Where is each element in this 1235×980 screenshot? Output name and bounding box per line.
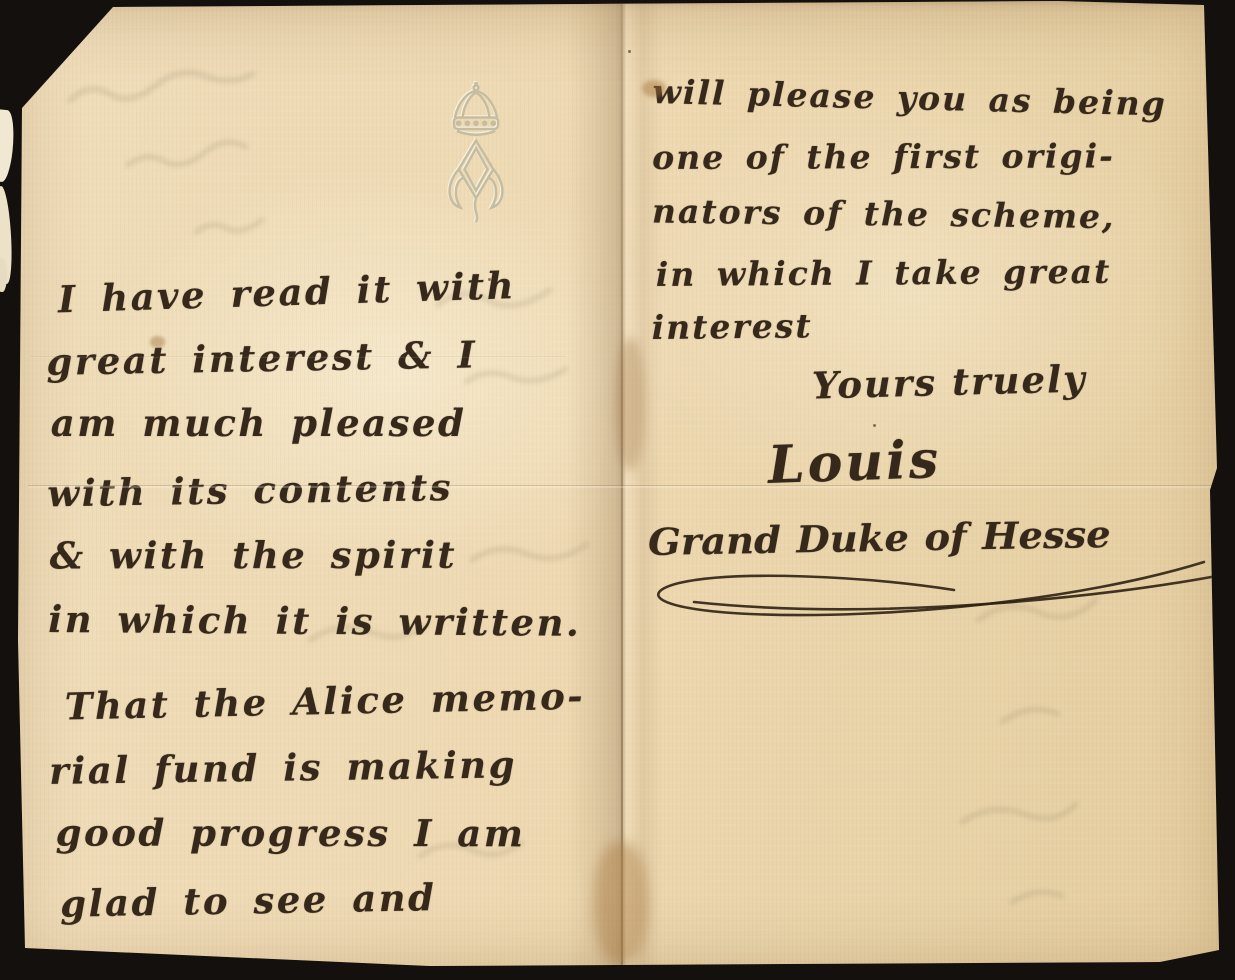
torn-paper-fragment xyxy=(0,258,7,292)
letter-line: & with the spirit xyxy=(48,522,608,589)
letter-line: with its contents xyxy=(47,452,608,527)
letter-line: will please you as being xyxy=(652,63,1228,135)
letter-line: interest xyxy=(651,293,1227,357)
letter-line: That the Alice memo- xyxy=(48,662,609,740)
letter-line: nators of the scheme, xyxy=(652,182,1228,247)
letter-line: rial fund is making xyxy=(49,730,610,804)
letter-line: glad to see and xyxy=(50,861,611,937)
letter-paper: I have read it with great interest & I a… xyxy=(0,0,1235,980)
letter-line: one of the first origi- xyxy=(652,127,1227,187)
ink-speck xyxy=(628,50,631,53)
right-page-text: will please you as being one of the firs… xyxy=(652,69,1228,355)
letter-line: great interest & I xyxy=(46,319,607,395)
torn-paper-fragment xyxy=(0,109,17,182)
letter-photograph: I have read it with great interest & I a… xyxy=(0,0,1235,980)
torn-paper-fragment xyxy=(0,186,14,285)
embossed-crown-monogram-icon xyxy=(428,78,524,228)
signature-title: Grand Duke of Hesse xyxy=(648,512,1111,564)
stain xyxy=(616,338,644,470)
ink-speck xyxy=(873,424,876,427)
left-page-text: I have read it with great interest & I a… xyxy=(46,256,611,934)
letter-closing: Yours truely xyxy=(811,356,1087,407)
letter-line: in which it is written. xyxy=(48,586,608,656)
letter-line: good progress I am xyxy=(50,800,610,867)
center-fold-crease xyxy=(621,0,623,980)
signature-name: Louis xyxy=(767,429,942,496)
letter-line: am much pleased xyxy=(47,390,607,456)
